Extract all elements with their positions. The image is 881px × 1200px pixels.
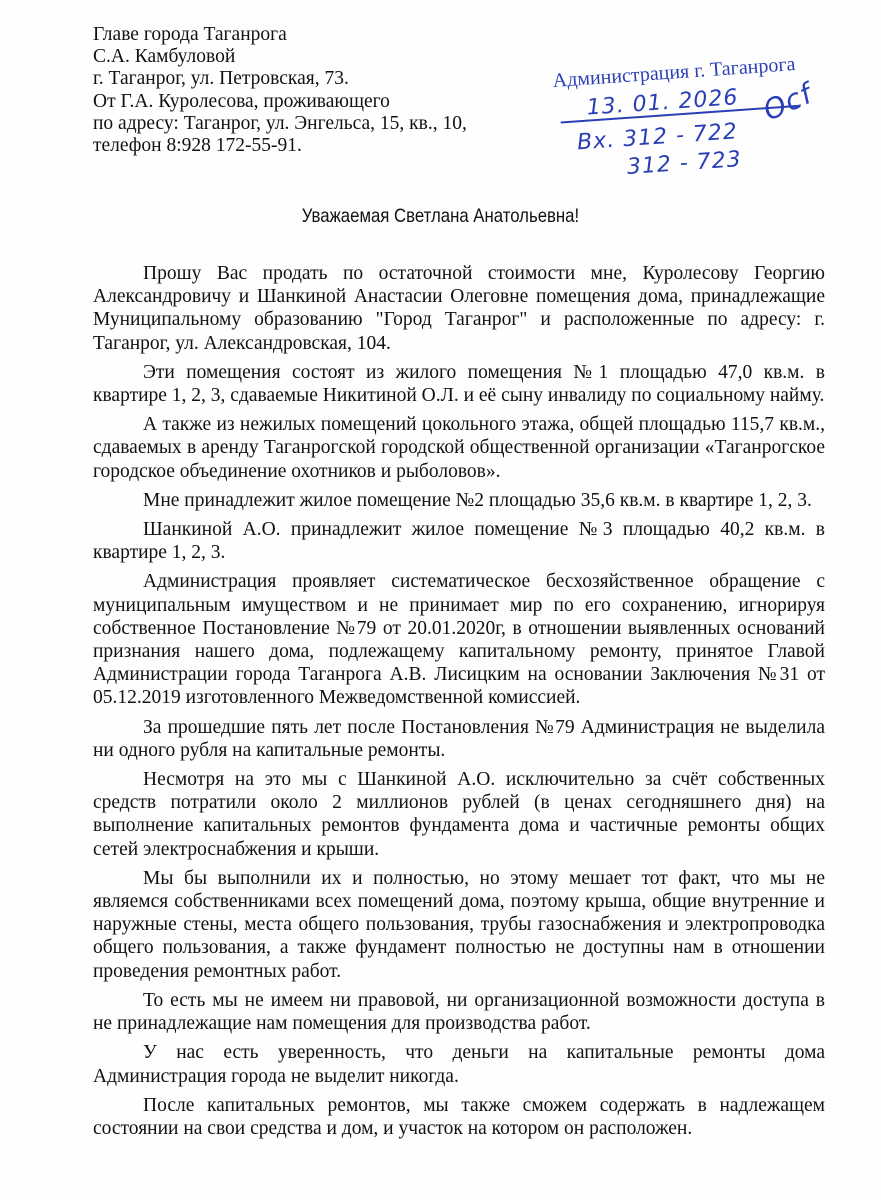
- addressee-line: Главе города Таганрога: [93, 24, 467, 46]
- stamp-title: Администрация г. Таганрога: [552, 53, 796, 93]
- addressee-line: г. Таганрог, ул. Петровская, 73.: [93, 68, 467, 90]
- stamp-registration-number: 312 - 723: [626, 147, 742, 180]
- stamp-signature: Ocf: [758, 77, 817, 128]
- paragraph: После капитальных ремонтов, мы также смо…: [93, 1094, 825, 1140]
- letter-page: Главе города Таганрога С.А. Камбуловой г…: [0, 0, 881, 1200]
- sender-phone-line: телефон 8:928 172-55-91.: [93, 135, 467, 157]
- addressee-line: С.А. Камбуловой: [93, 46, 467, 68]
- sender-line: по адресу: Таганрог, ул. Энгельса, 15, к…: [93, 113, 467, 135]
- paragraph: За прошедшие пять лет после Постановлени…: [93, 716, 825, 762]
- paragraph: Шанкиной А.О. принадлежит жилое помещени…: [93, 518, 825, 564]
- paragraph: А также из нежилых помещений цокольного …: [93, 413, 825, 483]
- paragraph: Несмотря на это мы с Шанкиной А.О. исклю…: [93, 768, 825, 861]
- greeting: Уважаемая Светлана Анатольевна!: [62, 205, 820, 228]
- sender-line: От Г.А. Куролесова, проживающего: [93, 91, 467, 113]
- paragraph: То есть мы не имеем ни правовой, ни орга…: [93, 989, 825, 1035]
- paragraph: Мне принадлежит жилое помещение №2 площа…: [93, 489, 825, 512]
- paragraph: Эти помещения состоят из жилого помещени…: [93, 361, 825, 407]
- paragraph: Администрация проявляет систематическое …: [93, 570, 825, 709]
- addressee-block: Главе города Таганрога С.А. Камбуловой г…: [93, 24, 467, 157]
- paragraph: Прошу Вас продать по остаточной стоимост…: [93, 262, 825, 355]
- paragraph: У нас есть уверенность, что деньги на ка…: [93, 1041, 825, 1087]
- paragraph: Мы бы выполнили их и полностью, но этому…: [93, 867, 825, 983]
- registration-stamp: Администрация г. Таганрога 13. 01. 2026 …: [552, 48, 881, 210]
- letter-body: Прошу Вас продать по остаточной стоимост…: [93, 262, 825, 1146]
